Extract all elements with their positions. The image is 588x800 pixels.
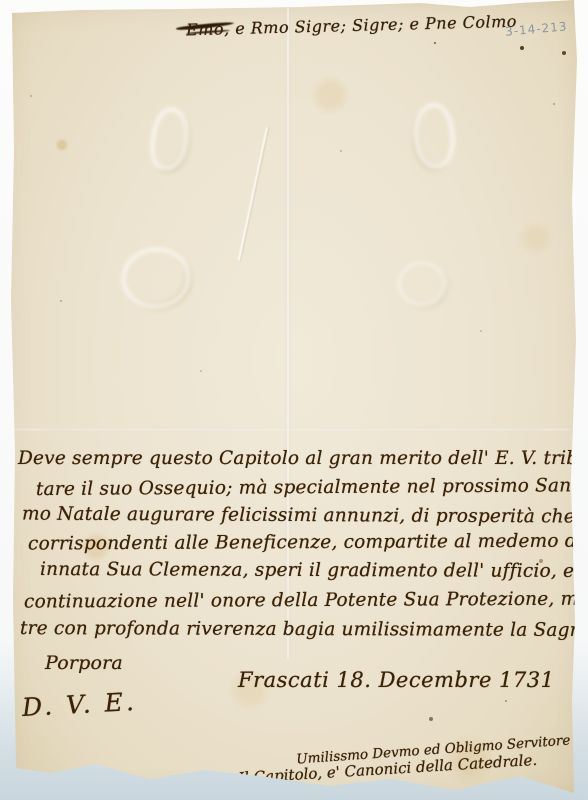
scan-stage: Emo, e Rmo Sigre; Sigre; e Pne Colmo 3-1…: [0, 0, 588, 800]
embossed-watermark: [398, 262, 446, 306]
embossed-watermark: [148, 106, 192, 172]
diagonal-fold-crease: [238, 127, 268, 260]
body-line-2: tare il suo Ossequio; mà specialmente ne…: [36, 475, 588, 500]
embossed-watermark: [119, 245, 193, 312]
salutation-line: Emo, e Rmo Sigre; Sigre; e Pne Colmo: [186, 12, 517, 40]
ink-specks: [0, 0, 2, 2]
dateline: Frascati 18. Decembre 1731: [238, 668, 555, 692]
body-line-6: continuazione nell' onore della Potente …: [24, 588, 588, 612]
body-line-7: tre con profonda riverenza bagia umiliss…: [20, 618, 588, 641]
body-line-8: Porpora: [45, 652, 123, 674]
letter-paper-sheet: Emo, e Rmo Sigre; Sigre; e Pne Colmo 3-1…: [0, 0, 588, 800]
body-line-5: innata Sua Clemenza, speri il gradimento…: [40, 559, 588, 582]
body-line-1: Deve sempre questo Capitolo al gran meri…: [18, 448, 588, 469]
horizontal-fold-crease: [14, 428, 570, 431]
embossed-watermark: [409, 101, 460, 171]
body-line-4: corrispondenti alle Beneficenze, compart…: [28, 530, 588, 554]
valediction-abbreviation: D. V. E.: [21, 687, 137, 722]
body-line-3: mo Natale augurare felicissimi annunzi, …: [22, 504, 575, 528]
